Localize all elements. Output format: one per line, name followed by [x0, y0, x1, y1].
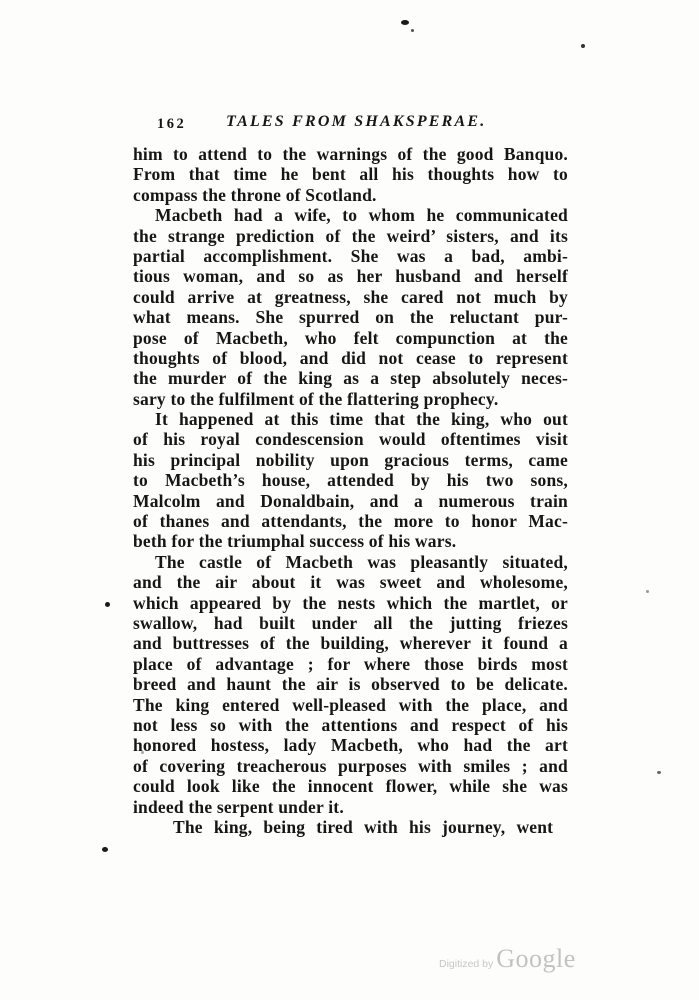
text-line: and buttresses of the building, wherever…	[133, 633, 568, 653]
text-line: It happened at this time that the king, …	[133, 409, 568, 429]
book-page: 162 TALES FROM SHAKSPERAE. him to attend…	[0, 0, 699, 1000]
paragraph: The castle of Macbeth was pleasantly sit…	[133, 552, 568, 817]
text-line: honored hostess, lady Macbeth, who had t…	[133, 735, 568, 755]
scan-speck	[411, 29, 414, 32]
text-line: indeed the serpent under it.	[133, 797, 568, 817]
text-line: of his royal condescension would oftenti…	[133, 429, 568, 449]
digitized-by-label: Digitized by	[439, 958, 493, 970]
text-line: Malcolm and Donaldbain, and a numerous t…	[133, 491, 568, 511]
scan-speck	[401, 20, 409, 25]
page-header: 162 TALES FROM SHAKSPERAE.	[0, 112, 699, 136]
text-line: place of advantage ; for where those bir…	[133, 654, 568, 674]
text-line: to Macbeth’s house, attended by his two …	[133, 470, 568, 490]
text-line: partial accomplishment. She was a bad, a…	[133, 246, 568, 266]
google-watermark: Digitized byGoogle	[439, 944, 576, 974]
text-line: beth for the triumphal success of his wa…	[133, 531, 568, 551]
paragraph: Macbeth had a wife, to whom he communica…	[133, 205, 568, 409]
text-block: him to attend to the warnings of the goo…	[133, 144, 568, 837]
text-line: of thanes and attendants, the more to ho…	[133, 511, 568, 531]
page-number: 162	[157, 116, 186, 133]
text-line: pose of Macbeth, who felt compunction at…	[133, 328, 568, 348]
text-line: him to attend to the warnings of the goo…	[133, 144, 568, 164]
text-line: the strange prediction of the weird’ sis…	[133, 226, 568, 246]
running-title: TALES FROM SHAKSPERAE.	[226, 113, 486, 131]
text-line: what means. She spurred on the reluctant…	[133, 307, 568, 327]
scan-speck	[657, 771, 661, 774]
google-logo-text: Google	[496, 944, 576, 973]
scan-speck	[646, 590, 649, 593]
text-line: of covering treacherous purposes with sm…	[133, 756, 568, 776]
text-line: sary to the fulfilment of the flattering…	[133, 389, 568, 409]
text-line: not less so with the attentions and resp…	[133, 715, 568, 735]
text-line: thoughts of blood, and did not cease to …	[133, 348, 568, 368]
text-line: The king, being tired with his journey, …	[133, 817, 568, 837]
text-line: swallow, had built under all the jutting…	[133, 613, 568, 633]
paragraph: The king, being tired with his journey, …	[133, 817, 568, 837]
text-line: compass the throne of Scotland.	[133, 185, 568, 205]
text-line: tious woman, and so as her husband and h…	[133, 266, 568, 286]
text-line: his principal nobility upon gracious ter…	[133, 450, 568, 470]
text-line: which appeared by the nests which the ma…	[133, 593, 568, 613]
text-line: could arrive at greatness, she cared not…	[133, 287, 568, 307]
scan-speck	[102, 847, 108, 852]
text-line: The king entered well-pleased with the p…	[133, 695, 568, 715]
text-line: the murder of the king as a step absolut…	[133, 368, 568, 388]
text-line: breed and haunt the air is observed to b…	[133, 674, 568, 694]
text-line: Macbeth had a wife, to whom he communica…	[133, 205, 568, 225]
paragraph: him to attend to the warnings of the goo…	[133, 144, 568, 205]
paragraph: It happened at this time that the king, …	[133, 409, 568, 552]
text-line: could look like the innocent flower, whi…	[133, 776, 568, 796]
scan-speck	[105, 602, 110, 607]
scan-speck	[581, 44, 585, 48]
scan-speck	[141, 751, 144, 754]
text-line: From that time he bent all his thoughts …	[133, 164, 568, 184]
text-line: and the air about it was sweet and whole…	[133, 572, 568, 592]
text-line: The castle of Macbeth was pleasantly sit…	[133, 552, 568, 572]
